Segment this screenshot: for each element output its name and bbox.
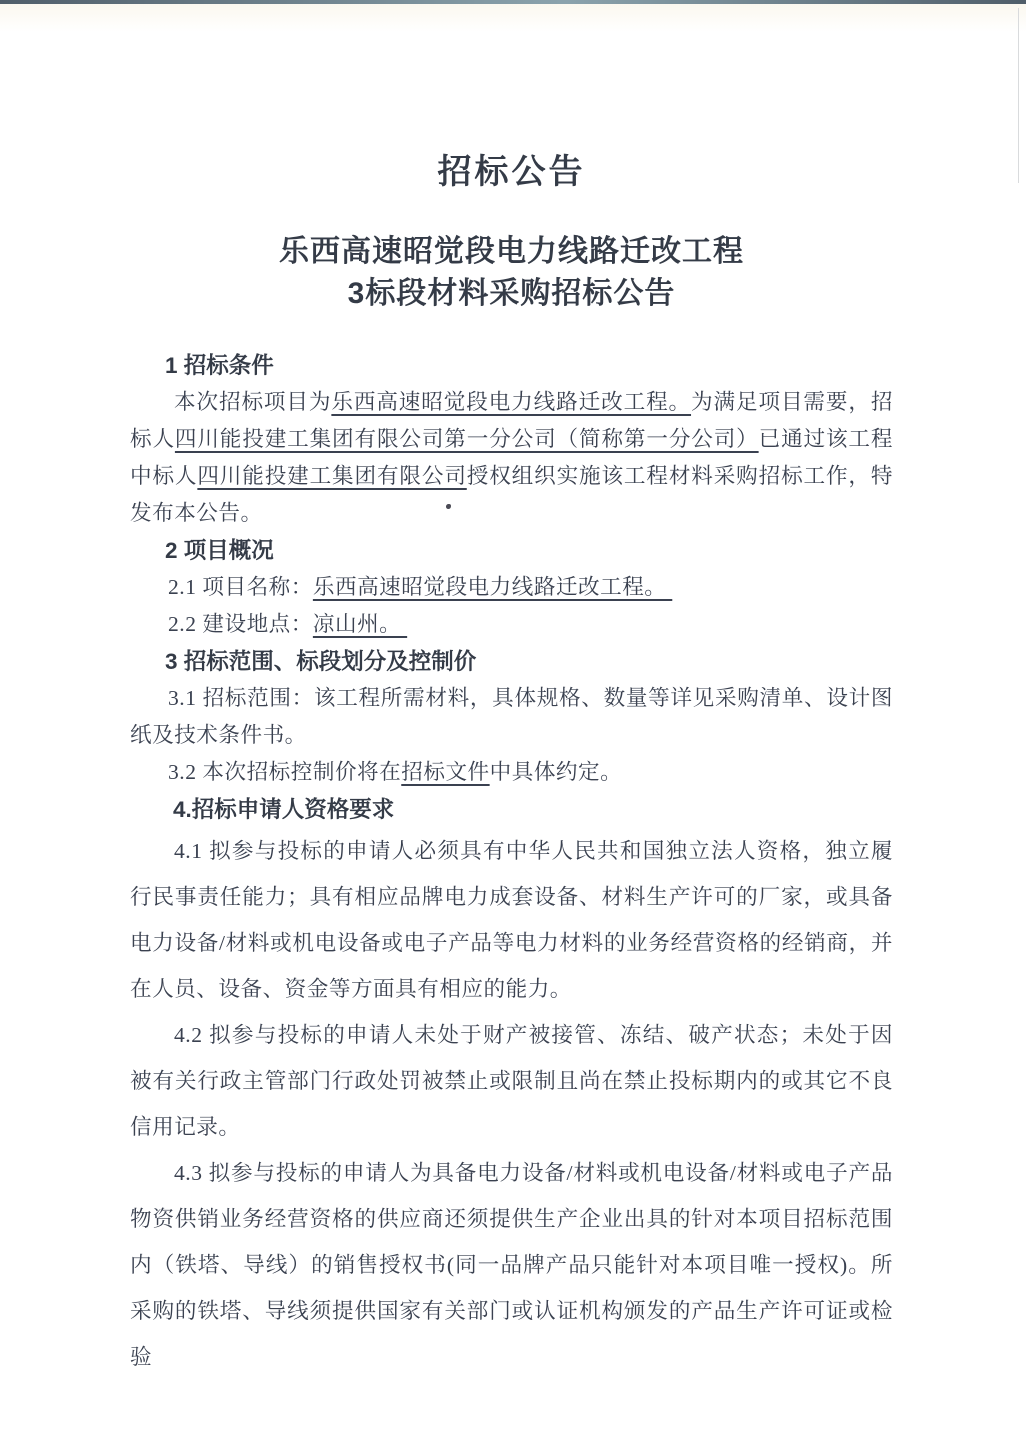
text-segment: 中具体约定。 — [490, 760, 623, 784]
text-segment: 4.1 拟参与投标的申请人必须具有中华人民共和国独立法人资格，独立履行民事责任能… — [130, 839, 893, 1001]
section-applicant-qualifications: 4.招标申请人资格要求 4.1 拟参与投标的申请人必须具有中华人民共和国独立法人… — [130, 791, 893, 1380]
paragraph-scope: 3.1 招标范围：该工程所需材料，具体规格、数量等详见采购清单、设计图纸及技术条… — [130, 680, 893, 754]
underlined-text: 四川能投建工集团有限公司 — [197, 464, 466, 488]
section-heading: 3 招标范围、标段划分及控制价 — [130, 643, 893, 680]
text-segment: 2.1 项目名称： — [168, 575, 313, 599]
section-tender-conditions: 1 招标条件 本次招标项目为乐西高速昭觉段电力线路迁改工程。为满足项目需要，招标… — [130, 347, 893, 532]
underlined-text: 乐西高速昭觉段电力线路迁改工程。 — [313, 575, 672, 599]
text-segment: 4.3 拟参与投标的申请人为具备电力设备/材料或机电设备/材料或电子产品物资供销… — [130, 1161, 893, 1369]
paragraph-control-price: 3.2 本次招标控制价将在招标文件中具体约定。 — [130, 754, 893, 791]
text-segment: 4.2 拟参与投标的申请人未处于财产被接管、冻结、破产状态；未处于因被有关行政主… — [130, 1023, 893, 1139]
scanned-page: 招标公告 乐西高速昭觉段电力线路迁改工程 3标段材料采购招标公告 1 招标条件 … — [0, 0, 1026, 1449]
document-body: 招标公告 乐西高速昭觉段电力线路迁改工程 3标段材料采购招标公告 1 招标条件 … — [130, 0, 893, 1380]
paragraph: 本次招标项目为乐西高速昭觉段电力线路迁改工程。为满足项目需要，招标人四川能投建工… — [130, 384, 893, 532]
underlined-text: 招标文件 — [401, 760, 489, 784]
paragraph-qualification-4-3: 4.3 拟参与投标的申请人为具备电力设备/材料或机电设备/材料或电子产品物资供销… — [130, 1150, 893, 1380]
paragraph-qualification-4-1: 4.1 拟参与投标的申请人必须具有中华人民共和国独立法人资格，独立履行民事责任能… — [130, 828, 893, 1012]
subtitle-line-2: 3标段材料采购招标公告 — [130, 273, 893, 315]
underlined-text: 四川能投建工集团有限公司第一分公司（简称第一分公司） — [175, 427, 759, 451]
paragraph-project-name: 2.1 项目名称：乐西高速昭觉段电力线路迁改工程。 — [130, 569, 893, 606]
underlined-text: 凉山州。 — [313, 612, 407, 636]
document-title: 招标公告 — [130, 152, 893, 193]
underlined-text: 乐西高速昭觉段电力线路迁改工程。 — [331, 390, 691, 414]
section-project-overview: 2 项目概况 2.1 项目名称：乐西高速昭觉段电力线路迁改工程。 2.2 建设地… — [130, 532, 893, 643]
scan-edge-line-right — [1018, 8, 1019, 183]
text-segment: 3.2 本次招标控制价将在 — [168, 760, 401, 784]
text-segment: 3.1 招标范围：该工程所需材料，具体规格、数量等详见采购清单、设计图纸及技术条… — [130, 686, 893, 747]
section-heading: 1 招标条件 — [130, 347, 893, 384]
subtitle-line-1: 乐西高速昭觉段电力线路迁改工程 — [130, 231, 893, 273]
section-scope-and-price: 3 招标范围、标段划分及控制价 3.1 招标范围：该工程所需材料，具体规格、数量… — [130, 643, 893, 791]
document-subtitle: 乐西高速昭觉段电力线路迁改工程 3标段材料采购招标公告 — [130, 231, 893, 315]
paragraph-qualification-4-2: 4.2 拟参与投标的申请人未处于财产被接管、冻结、破产状态；未处于因被有关行政主… — [130, 1012, 893, 1150]
paragraph-project-location: 2.2 建设地点：凉山州。 — [130, 606, 893, 643]
section-heading: 4.招标申请人资格要求 — [130, 791, 893, 828]
text-segment: 2.2 建设地点： — [168, 612, 313, 636]
text-segment: 本次招标项目为 — [174, 390, 331, 414]
section-heading: 2 项目概况 — [130, 532, 893, 569]
